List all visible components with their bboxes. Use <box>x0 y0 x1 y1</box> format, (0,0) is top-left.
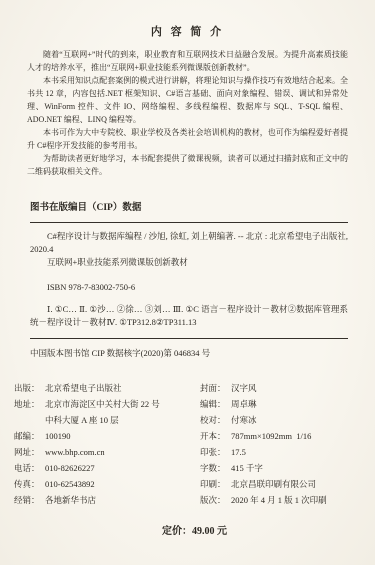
address-value: 北京市海淀区中关村大街 22 号 <box>45 398 160 410</box>
publisher-label: 出版： <box>14 382 45 394</box>
colophon-row-address: 地址： 北京市海淀区中关村大街 22 号 <box>14 398 200 410</box>
website-value: www.bhp.com.cn <box>45 446 105 458</box>
colophon-row-sheets: 印张： 17.5 <box>200 446 375 458</box>
cip-series: 互联网+职业技能系列微课版创新教材 <box>30 256 348 269</box>
publisher-value: 北京希望电子出版社 <box>45 382 122 394</box>
cip-rule-bottom <box>30 338 348 339</box>
colophon-row-distributor: 经销： 各地新华书店 <box>14 494 200 506</box>
cover-designer-value: 汉字风 <box>231 382 257 394</box>
cip-classification: Ⅰ. ①C… Ⅱ. ①沙… ②徐… ③刘… Ⅲ. ①C 语言－程序设计－教材②数… <box>30 303 348 329</box>
edition-label: 版次： <box>200 494 231 506</box>
colophon-row-website: 网址： www.bhp.com.cn <box>14 446 200 458</box>
summary-paragraph-2: 本书采用知识点配套案例的模式进行讲解，将理论知识与操作技巧有效地结合起来。全书共… <box>27 74 348 126</box>
word-count-label: 字数： <box>200 462 231 474</box>
summary-paragraph-1: 随着“互联网+”时代的到来，职业教育和互联网技术日益融合发展。为提升高素质技能人… <box>27 48 348 74</box>
price-line: 定价：49.00 元 <box>14 525 375 538</box>
proofreader-label: 校对： <box>200 414 231 426</box>
postcode-value: 100190 <box>45 430 71 442</box>
cip-heading: 图书在版编目（CIP）数据 <box>30 202 348 214</box>
edition-value: 2020 年 4 月 1 版 1 次印刷 <box>231 494 327 506</box>
format-label: 开本： <box>200 430 231 442</box>
sheets-value: 17.5 <box>231 446 246 458</box>
colophon-row-address-line2: 中科大厦 A 座 10 层 <box>14 414 200 426</box>
address-line2-label <box>14 414 45 426</box>
fax-value: 010-62543892 <box>45 478 95 490</box>
colophon-row-edition: 版次： 2020 年 4 月 1 版 1 次印刷 <box>200 494 375 506</box>
distributor-label: 经销： <box>14 494 45 506</box>
colophon-row-phone: 电话： 010-82626227 <box>14 462 200 474</box>
printer-label: 印刷： <box>200 478 231 490</box>
distributor-value: 各地新华书店 <box>45 494 96 506</box>
cip-rule-top <box>30 222 348 223</box>
colophon-row-proofreader: 校对： 付寒冰 <box>200 414 375 426</box>
website-label: 网址： <box>14 446 45 458</box>
address-line2-value: 中科大厦 A 座 10 层 <box>45 414 119 426</box>
colophon-left-column: 出版： 北京希望电子出版社 地址： 北京市海淀区中关村大街 22 号 中科大厦 … <box>14 382 200 510</box>
colophon-row-publisher: 出版： 北京希望电子出版社 <box>14 382 200 394</box>
phone-label: 电话： <box>14 462 45 474</box>
address-label: 地址： <box>14 398 45 410</box>
printer-value: 北京昌联印刷有限公司 <box>231 478 316 490</box>
book-copyright-page: 内 容 简 介 随着“互联网+”时代的到来，职业教育和互联网技术日益融合发展。为… <box>0 0 375 565</box>
colophon-row-printer: 印刷： 北京昌联印刷有限公司 <box>200 478 375 490</box>
word-count-value: 415 千字 <box>231 462 263 474</box>
cip-isbn: ISBN 978-7-83002-750-6 <box>30 281 348 294</box>
editor-value: 周卓琳 <box>231 398 257 410</box>
summary-paragraph-3: 本书可作为大中专院校、职业学校及各类社会培训机构的教材，也可作为编程爱好者提升 … <box>27 126 348 152</box>
colophon-right-column: 封面： 汉字风 编辑： 周卓琳 校对： 付寒冰 开本： 787mm×1092mm… <box>200 382 375 510</box>
cover-designer-label: 封面： <box>200 382 231 394</box>
colophon-row-cover-designer: 封面： 汉字风 <box>200 382 375 394</box>
content-summary-section: 内 容 简 介 随着“互联网+”时代的到来，职业教育和互联网技术日益融合发展。为… <box>0 0 375 178</box>
postcode-label: 邮编： <box>14 430 45 442</box>
fax-label: 传真： <box>14 478 45 490</box>
sheets-label: 印张： <box>200 446 231 458</box>
colophon-row-editor: 编辑： 周卓琳 <box>200 398 375 410</box>
cip-section: 图书在版编目（CIP）数据 C#程序设计与数据库编程 / 沙旭, 徐虹, 刘上朝… <box>30 202 348 360</box>
format-value: 787mm×1092mm 1/16 <box>231 430 311 442</box>
summary-heading: 内 容 简 介 <box>0 0 375 39</box>
colophon-row-word-count: 字数： 415 千字 <box>200 462 375 474</box>
summary-paragraph-4: 为帮助读者更好地学习，本书配套提供了微课视频，读者可以通过扫描封底和正文中的二维… <box>27 152 348 178</box>
editor-label: 编辑： <box>200 398 231 410</box>
cip-registry-number: 中国版本图书馆 CIP 数据核字(2020)第 046834 号 <box>30 347 348 360</box>
cip-entry: C#程序设计与数据库编程 / 沙旭, 徐虹, 刘上朝编著. -- 北京 : 北京… <box>30 230 348 256</box>
colophon-row-postcode: 邮编： 100190 <box>14 430 200 442</box>
phone-value: 010-82626227 <box>45 462 95 474</box>
colophon-section: 出版： 北京希望电子出版社 地址： 北京市海淀区中关村大街 22 号 中科大厦 … <box>14 382 375 510</box>
colophon-row-format: 开本： 787mm×1092mm 1/16 <box>200 430 375 442</box>
proofreader-value: 付寒冰 <box>231 414 257 426</box>
colophon-row-fax: 传真： 010-62543892 <box>14 478 200 490</box>
